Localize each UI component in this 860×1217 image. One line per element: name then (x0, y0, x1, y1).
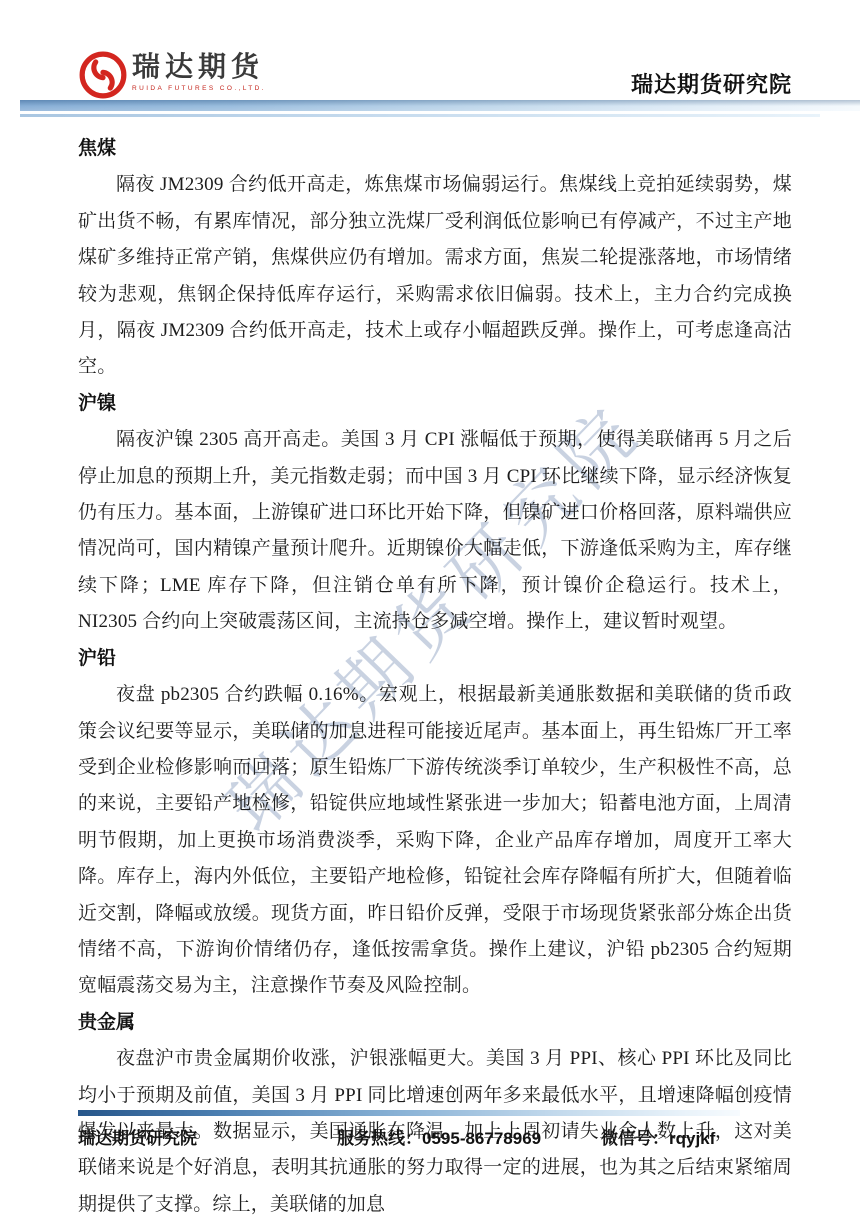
section-heading: 贵金属 (78, 1005, 792, 1041)
page-header: 瑞达期货 RUIDA FUTURES CO.,LTD. 瑞达期货研究院 (0, 0, 860, 116)
section-shanghai-nickel: 沪镍 隔夜沪镍 2305 高开高走。美国 3 月 CPI 涨幅低于预期，使得美联… (78, 386, 792, 641)
header-institute-title: 瑞达期货研究院 (631, 68, 792, 99)
report-body: 焦煤 隔夜 JM2309 合约低开高走，炼焦煤市场偏弱运行。焦煤线上竞拍延续弱势… (78, 131, 792, 1217)
company-logo: 瑞达期货 RUIDA FUTURES CO.,LTD. (78, 50, 266, 100)
document-page: 瑞达期货研究院 瑞达期货 RUIDA FUTURES CO.,LTD. 瑞达期货… (0, 0, 860, 1217)
section-heading: 沪铅 (78, 641, 792, 677)
logo-text-block: 瑞达期货 RUIDA FUTURES CO.,LTD. (132, 50, 266, 92)
brand-name-en: RUIDA FUTURES CO.,LTD. (132, 85, 266, 92)
section-paragraph: 隔夜沪镍 2305 高开高走。美国 3 月 CPI 涨幅低于预期，使得美联储再 … (78, 422, 792, 640)
section-heading: 焦煤 (78, 131, 792, 167)
brand-name-cn: 瑞达期货 (132, 50, 266, 84)
header-divider-line (20, 114, 820, 117)
section-coking-coal: 焦煤 隔夜 JM2309 合约低开高走，炼焦煤市场偏弱运行。焦煤线上竞拍延续弱势… (78, 131, 792, 386)
section-shanghai-lead: 沪铅 夜盘 pb2305 合约跌幅 0.16%。宏观上，根据最新美通胀数据和美联… (78, 641, 792, 1005)
section-precious-metals: 贵金属 夜盘沪市贵金属期价收涨，沪银涨幅更大。美国 3 月 PPI、核心 PPI… (78, 1005, 792, 1217)
header-divider-bar (20, 100, 860, 111)
section-heading: 沪镍 (78, 386, 792, 422)
section-paragraph: 夜盘沪市贵金属期价收涨，沪银涨幅更大。美国 3 月 PPI、核心 PPI 环比及… (78, 1041, 792, 1217)
section-paragraph: 夜盘 pb2305 合约跌幅 0.16%。宏观上，根据最新美通胀数据和美联储的货… (78, 677, 792, 1005)
ruida-logo-icon (78, 50, 128, 100)
section-paragraph: 隔夜 JM2309 合约低开高走，炼焦煤市场偏弱运行。焦煤线上竞拍延续弱势，煤矿… (78, 167, 792, 385)
